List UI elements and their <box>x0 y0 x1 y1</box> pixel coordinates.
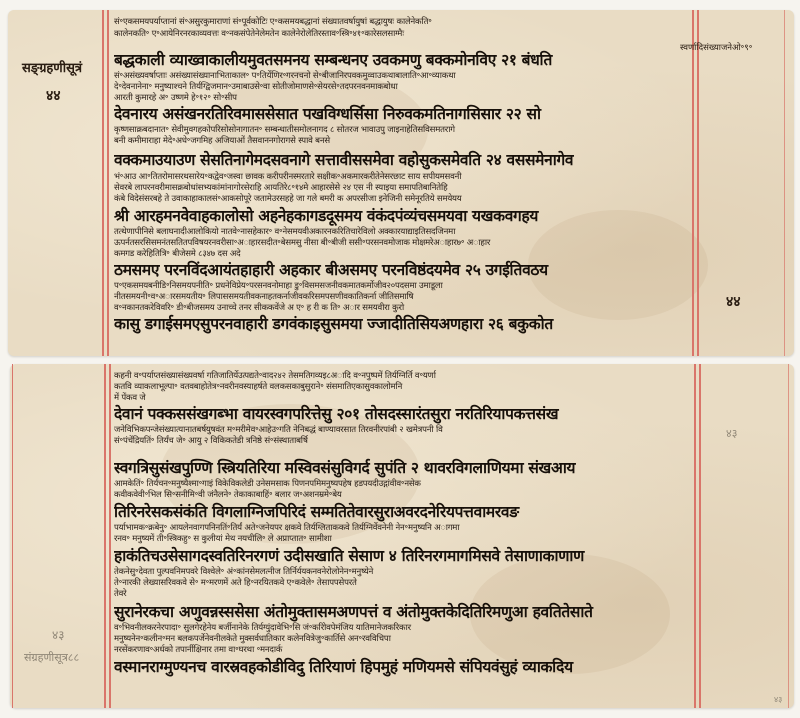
verse-line: ठमसमए परनविंदआयंतहाहारी अहकार बीअसमए परन… <box>114 258 686 280</box>
gloss-line: कृष्णसाक्रबदानात॰ सेवीमुवगहकोपरिसोसोनागा… <box>114 124 686 135</box>
gloss-line: तत्थेणापीनिसे बलाघनादीआलोकियो नातवे॰नासह… <box>114 226 686 237</box>
gloss-line: बनी कमीमाराहा मेदे॰अधे॰जगमिह अजियाओं तैस… <box>114 135 686 146</box>
gloss-line: कंबे विदेसंसरबहे ते उवाकाहाकालसं॰आकसोपूर… <box>114 193 686 204</box>
verse-line: वस्मानराग्मुण्यनच वारस्रवहकोडीविदु तिरिय… <box>114 655 682 677</box>
right-corner-mark: ४३ <box>774 694 782 705</box>
verse-line: बद्धकाली व्याख्वाकालीयमुवतसमनय सम्बन्धनए… <box>114 48 686 70</box>
gloss-line: ऊपर्नतसरसिसमनंतसतितपविषयरनवरीसा॰अाहारसदी… <box>114 237 686 248</box>
gloss-line: सं॰पंचेंद्रियतिं॰ तिर्यंच जे॰ आयु २ विकि… <box>114 435 682 446</box>
gloss-line: प॰एकसमयबनीडि॰निसमयपनीति॰ प्रधनेविप्रेय॰प… <box>114 280 686 291</box>
gloss-line: नीतसमयनी॰व॰अारसमयतीय॰ लिपाससमयतीवकनाहतकर… <box>114 291 686 302</box>
verse-line: देवनारय असंखनरतिरिवमाससेसात पखविग्धर्सिस… <box>114 102 686 124</box>
gloss-line: व॰भिवनीलकरनेरपादा॰ सुलगेरहेनेय बर्जीनाने… <box>114 622 682 633</box>
left-margin-rule <box>104 364 106 708</box>
gloss-line: सेवरबे लापरनवरीमासक्रबोधांसभ्यकांमांनागो… <box>114 182 686 193</box>
gloss-line: तेकनेसु॰देवता पुल्पवनिमपवरे विश्वेले॰ अं… <box>114 566 682 577</box>
left-margin-rule <box>109 364 111 708</box>
verse-line: सुरानेरकचा अणुवन्नस्ससेसा अंतोमुक्तासमअण… <box>114 600 682 622</box>
right-margin-rule <box>699 364 701 708</box>
gloss-line: भं॰आउ आ॰तितरोमासरथसारेय॰कद्वेव॰जस्वा छाव… <box>114 171 686 182</box>
gloss-line: आमकेतिं॰ तिर्यंचन॰मनुष्यैश्मा॰गाइं विकेव… <box>114 478 682 489</box>
gloss-line: नरसेंकरणाव॰अर्धको तपार्नीक्षिनार तमा वा॰… <box>114 644 682 655</box>
left-margin-title: सङ्ग्रहणीसूत्रं <box>22 58 82 76</box>
verse-line: श्री आरहमनवेवाहकालोसो अहनेहकागडदूसमय वंक… <box>114 204 686 226</box>
verse-line: हाकंतिचउसेसागदस्वतिरिनरगणं उदीसखाति सेसा… <box>114 544 682 566</box>
right-margin-folio-number: ४४ <box>726 292 741 311</box>
right-margin-faint-number: ४३ <box>726 426 737 441</box>
right-margin-rule <box>694 364 696 708</box>
gloss-line: दे॰देवनानेना॰ मनुष्याश्चने तिर्यग्द्विजम… <box>114 81 686 92</box>
verse-line: कासु डगाईसमएसुपरनवाहारी डगवंकाइसुसमया ज्… <box>114 312 686 334</box>
gloss-line: पर्याभामक॰क्रबेनु॰ आयलेनवागपनिनतिं॰तिर्य… <box>114 522 682 533</box>
gloss-line: सं॰एकसमयपर्याप्तानां सं॰असुरकुमाराणां सं… <box>114 16 686 27</box>
right-margin-rule <box>692 10 694 356</box>
gloss-line: जनेविभिकपन्जेसंख्यात्यानातबर्षयुषवंत म॰म… <box>114 424 682 435</box>
manuscript-folio-top: सङ्ग्रहणीसूत्रं ४४ स्वर्णादिसंख्याजनेओ॰९… <box>8 10 794 356</box>
verse-line: वक्कमाउयाउण सेसतिनागेमदसवनागे सत्तावीससम… <box>114 148 686 170</box>
right-margin-corner-note: स्वर्णादिसंख्याजनेओ॰९॰ <box>680 42 752 53</box>
folio-top-text: सं॰एकसमयपर्याप्तानां सं॰असुरकुमाराणां सं… <box>114 14 686 344</box>
verse-line: तिरिनरेसकसंकंति विगलाग्निजपिरिदं सम्मतित… <box>114 500 682 522</box>
left-margin-faint-note: संग्रहणीसूत्र८८ <box>24 650 79 665</box>
verse-line: देवानं पक्कससंखगब्भा वायरस्वगपरित्तेसु २… <box>114 402 682 424</box>
left-margin-rule <box>102 10 104 356</box>
left-edge-rule <box>12 364 13 708</box>
left-margin-folio-number: ४४ <box>46 86 61 105</box>
manuscript-folio-bottom: ४३ संग्रहणीसूत्र८८ ४३ ४३ कहनी व॰पर्याप्त… <box>10 364 794 708</box>
gloss-line: कहनी व॰पर्याप्तसंख्यासंख्यवर्षा गतिजातिर… <box>114 370 682 381</box>
gloss-line: तेवरे <box>114 588 682 599</box>
gloss-line: कतवि व्याकलाभूल्पा॰ वतवबाहोतेत्र॰नवरीनवस… <box>114 381 682 392</box>
folio-bottom-text: कहनी व॰पर्याप्तसंख्यासंख्यवर्षा गतिजातिर… <box>114 368 682 698</box>
gloss-line: मनुष्यनेन॰कलीन॰मन बलकपर्जेनेवनीलकेते मुक… <box>114 633 682 644</box>
left-margin-faint-number: ४३ <box>52 626 64 643</box>
gloss-line: कवीकवेवी॰भिल सि॰सनीमि॰वी जंनैलने॰ तेकाका… <box>114 489 682 500</box>
right-margin-rule <box>697 10 699 356</box>
left-margin-rule <box>107 10 109 356</box>
verse-line: स्वगत्रिसुसंखपुण्णि स्त्रियतिरिया मस्विव… <box>114 456 682 478</box>
right-edge-rule <box>784 10 785 356</box>
gloss-line: ते॰नारकी लेख्यासरिवकवे से॰ म॰मरणमें अते … <box>114 577 682 588</box>
gloss-line: रनव॰ मनुष्यमें ती॰स्त्रिकहु॰ स कुलीयां म… <box>114 533 682 544</box>
gloss-line: कालेनकति॰ ए॰आयेनिरनरकाव्यवत्तः व॰नकसंपेत… <box>114 28 686 39</box>
right-edge-rule <box>788 364 789 708</box>
gloss-line: सं॰असंख्यवर्षाप्ताः असंख्यासंख्यानाभिताक… <box>114 70 686 81</box>
